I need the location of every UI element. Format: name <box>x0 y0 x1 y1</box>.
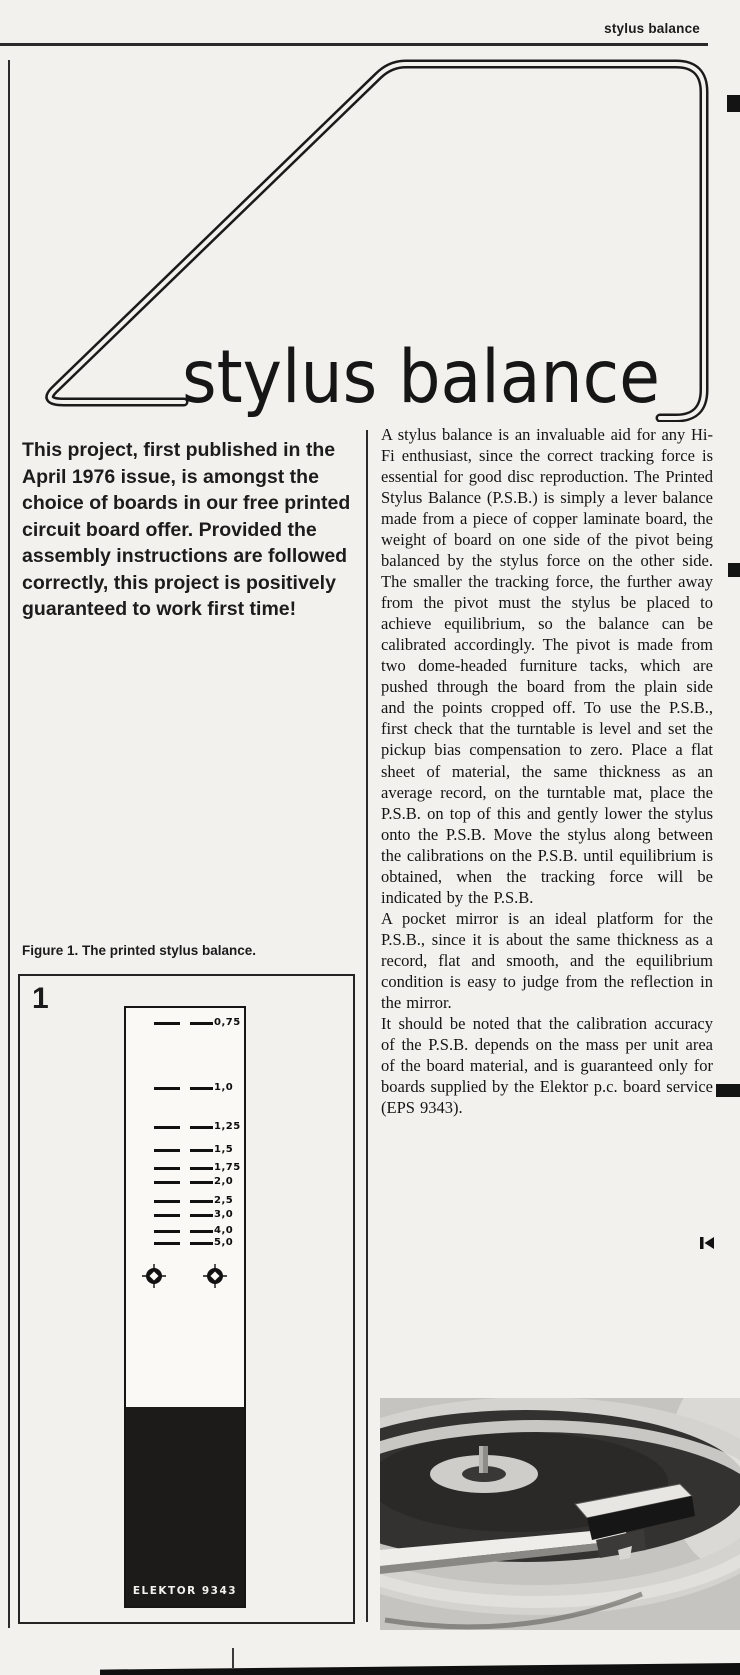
calibration-dash <box>154 1214 180 1217</box>
calibration-label: 2,0 <box>214 1176 233 1187</box>
pivot-target-icon <box>203 1264 227 1288</box>
calibration-row: 2,0 <box>126 1177 244 1189</box>
figure-caption: Figure 1. The printed stylus balance. <box>22 943 256 958</box>
calibration-row: 1,0 <box>126 1083 244 1095</box>
calibration-row: 0,75 <box>126 1018 244 1030</box>
calibration-dash <box>190 1230 213 1233</box>
calibration-dash <box>190 1181 213 1184</box>
page-edge-tab <box>716 1084 740 1097</box>
calibration-dash <box>190 1022 213 1025</box>
calibration-dash <box>154 1200 180 1203</box>
intro-paragraph: This project, first published in the Apr… <box>22 437 362 623</box>
article-body: A stylus balance is an invaluable aid fo… <box>381 424 713 1118</box>
board-copper-area: ELEKTOR 9343 <box>126 1407 244 1606</box>
calibration-dash <box>154 1149 180 1152</box>
calibration-dash <box>190 1200 213 1203</box>
calibration-row: 1,75 <box>126 1163 244 1175</box>
calibration-label: 4,0 <box>214 1225 233 1236</box>
calibration-dash <box>154 1167 180 1170</box>
calibration-label: 1,5 <box>214 1144 233 1155</box>
page-header: stylus balance <box>604 21 700 36</box>
calibration-row: 2,5 <box>126 1196 244 1208</box>
calibration-dash <box>154 1242 180 1245</box>
calibration-label: 0,75 <box>214 1017 241 1028</box>
calibration-label: 3,0 <box>214 1209 233 1220</box>
calibration-label: 2,5 <box>214 1195 233 1206</box>
calibration-row: 1,25 <box>126 1122 244 1134</box>
article-paragraph: A stylus balance is an invaluable aid fo… <box>381 424 713 908</box>
article-paragraph: It should be noted that the calibration … <box>381 1013 713 1118</box>
calibration-dash <box>190 1167 213 1170</box>
calibration-dash <box>190 1214 213 1217</box>
calibration-dash <box>154 1022 180 1025</box>
calibration-dash <box>154 1126 180 1129</box>
left-page-border <box>8 60 10 1628</box>
calibration-dash <box>190 1242 213 1245</box>
calibration-row: 3,0 <box>126 1210 244 1222</box>
logo-script-text: stylus balance <box>182 335 660 420</box>
column-divider <box>366 430 368 1622</box>
calibration-label: 1,25 <box>214 1121 241 1132</box>
calibration-dash <box>190 1087 213 1090</box>
scan-tick-mark <box>232 1648 234 1668</box>
calibration-label: 5,0 <box>214 1237 233 1248</box>
top-rule <box>0 43 708 46</box>
calibration-dash <box>190 1126 213 1129</box>
turntable-photo <box>380 1398 740 1630</box>
calibration-dash <box>154 1181 180 1184</box>
calibration-label: 1,75 <box>214 1162 241 1173</box>
scan-edge-band <box>100 1663 740 1675</box>
calibration-dash <box>190 1149 213 1152</box>
page-edge-tab <box>727 95 740 112</box>
turntable-photo-art <box>380 1398 740 1630</box>
calibration-dash <box>154 1230 180 1233</box>
board-label: ELEKTOR 9343 <box>126 1585 244 1597</box>
figure-number: 1 <box>32 982 49 1016</box>
calibration-label: 1,0 <box>214 1082 233 1093</box>
article-paragraph: A pocket mirror is an ideal platform for… <box>381 908 713 1013</box>
calibration-row: 1,5 <box>126 1145 244 1157</box>
pivot-target-icon <box>142 1264 166 1288</box>
calibration-dash <box>154 1087 180 1090</box>
stylus-balance-logo: stylus balance <box>12 50 724 422</box>
calibration-row: 5,0 <box>126 1238 244 1250</box>
figure-frame: 1 0,75 1,0 1,25 1,5 1,75 <box>18 974 355 1624</box>
page-edge-tab <box>728 563 740 577</box>
article-end-icon <box>700 1236 714 1250</box>
psb-board-drawing: 0,75 1,0 1,25 1,5 1,75 2,0 <box>124 1006 246 1608</box>
